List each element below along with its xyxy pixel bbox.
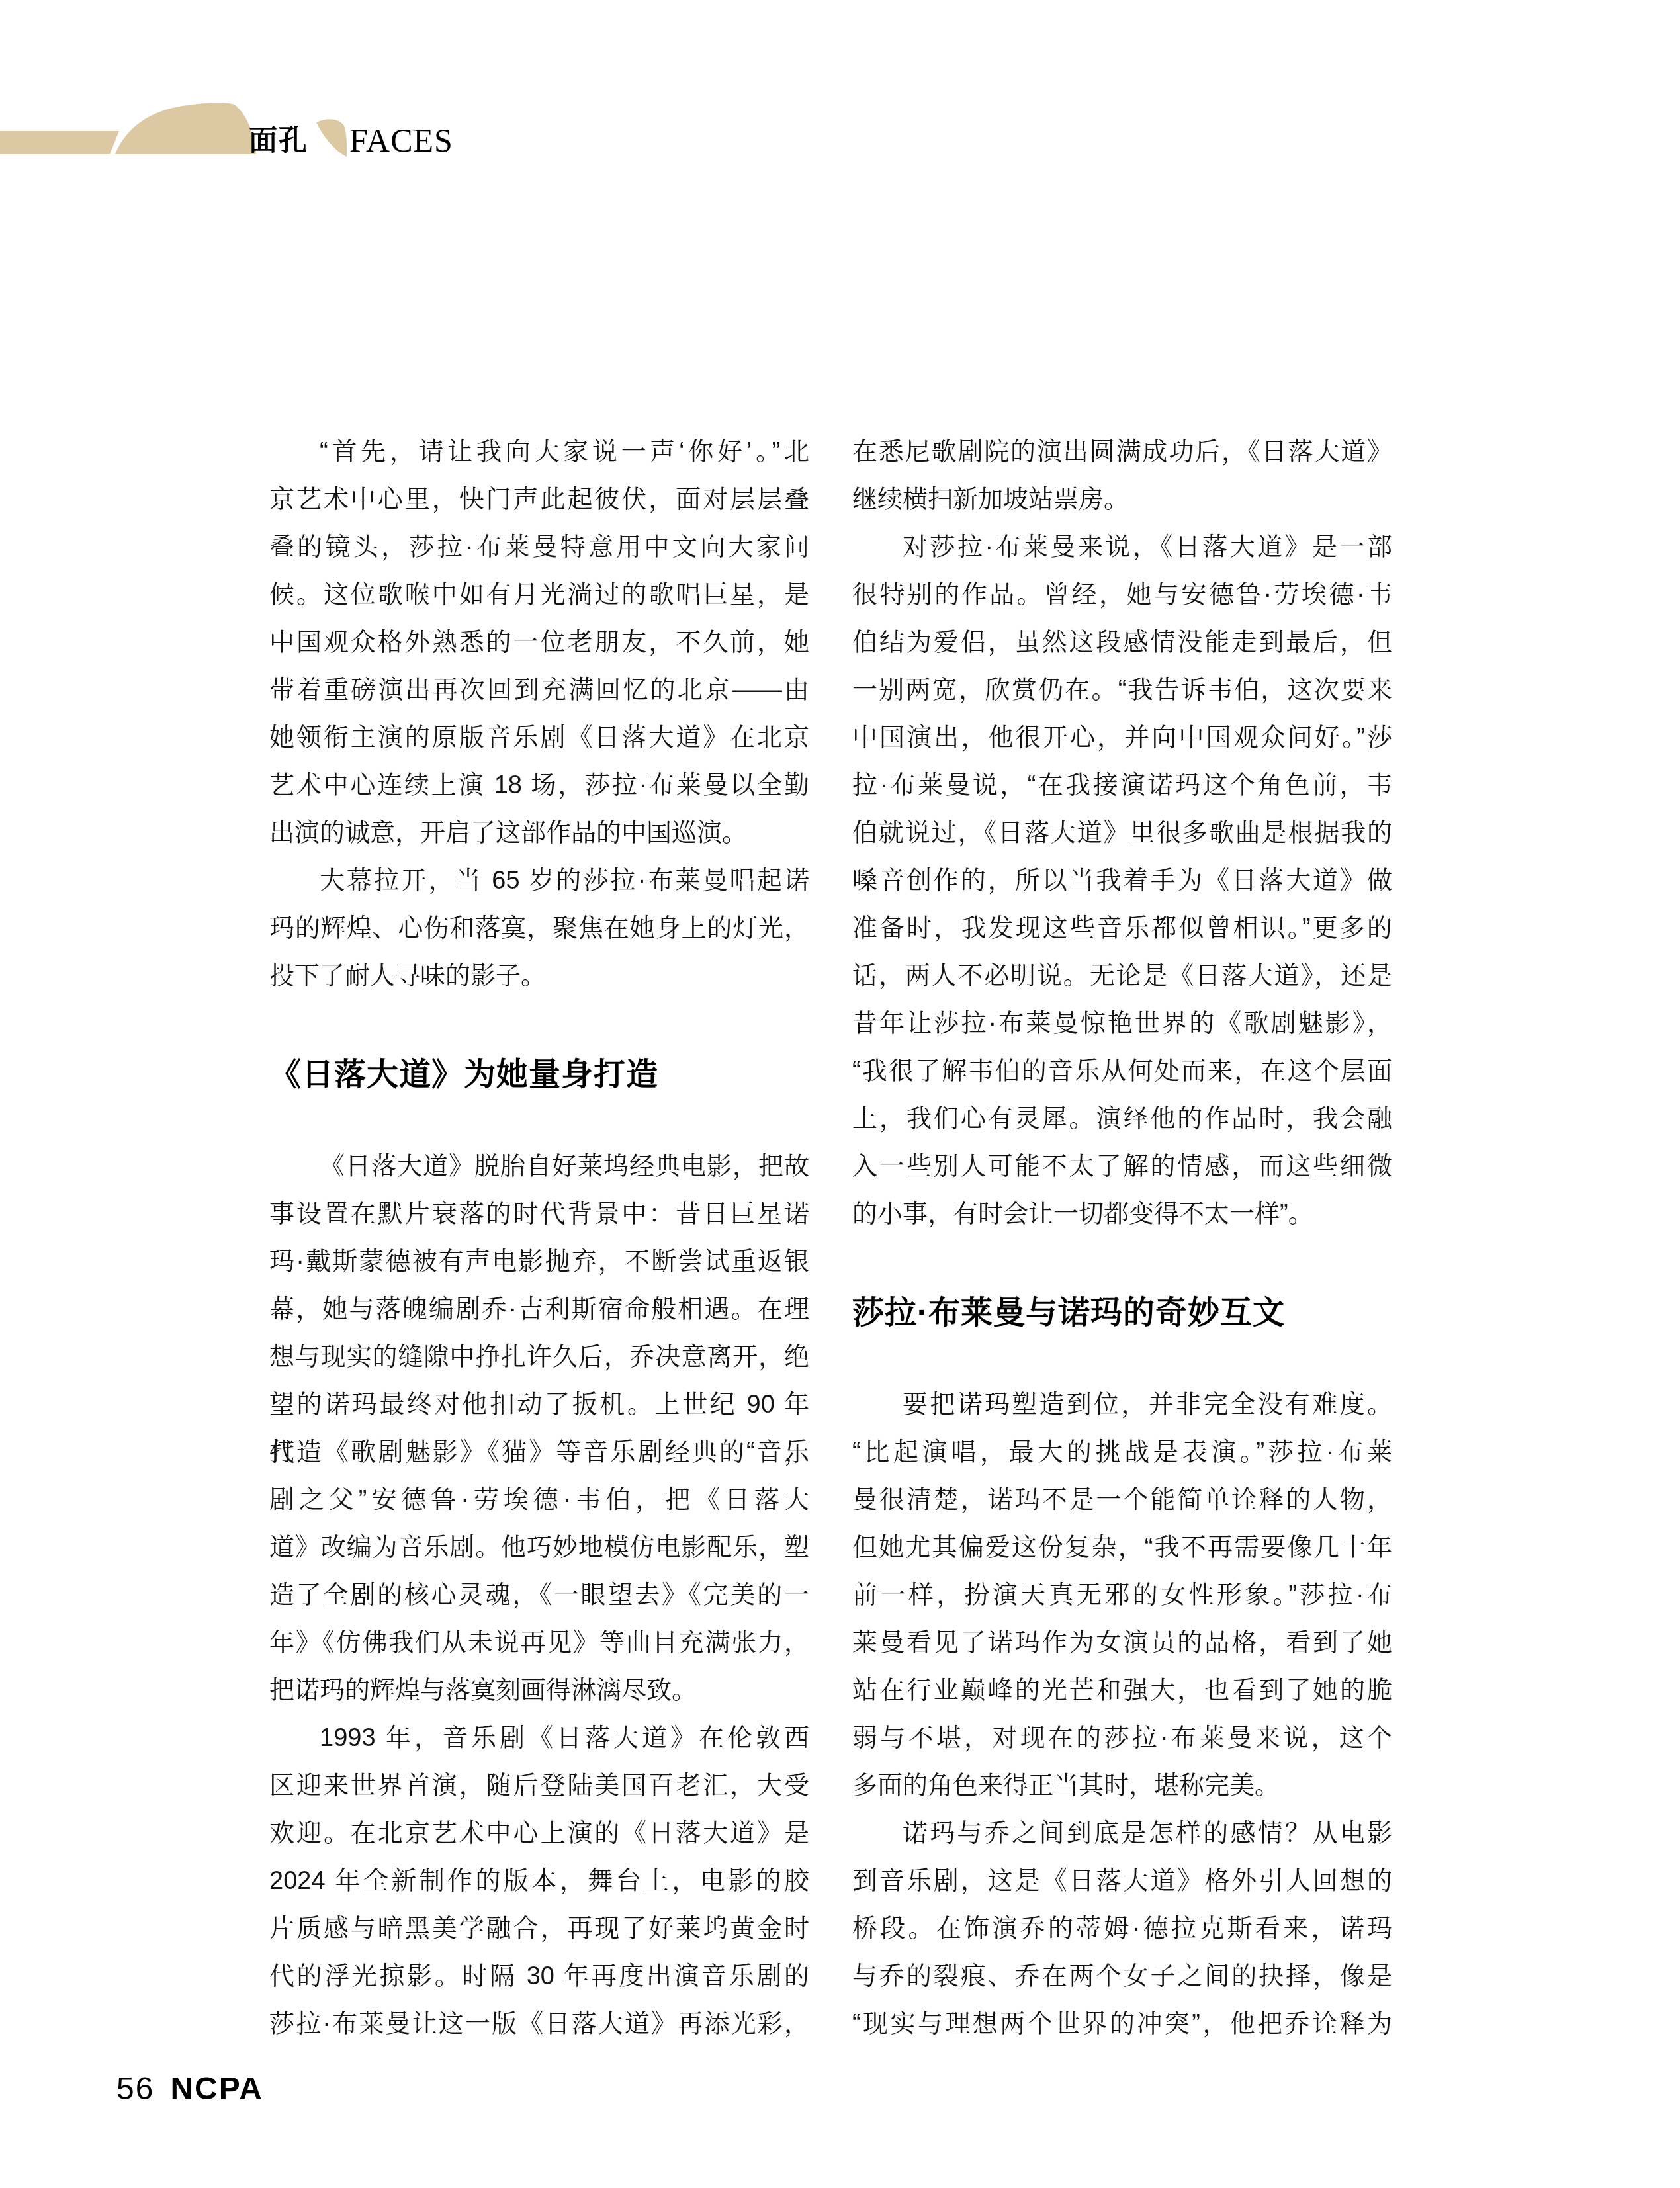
section-heading: 《日落大道》为她量身打造	[269, 1000, 809, 1143]
body-text-line: 玛·戴斯蒙德被有声电影抛弃，不断尝试重返银	[269, 1238, 809, 1286]
body-text-line: 继续横扫新加坡站票房。	[852, 476, 1392, 523]
body-text-line: 拉·布莱曼说，“在我接演诺玛这个角色前，韦	[852, 762, 1392, 809]
body-text-line: 一别两宽，欣赏仍在。“我告诉韦伯，这次要来	[852, 666, 1392, 714]
page-number: 56	[116, 2072, 154, 2107]
body-text-line: 造了全剧的核心灵魂，《一眼望去》《完美的一	[269, 1571, 809, 1619]
body-text-line: 昔年让莎拉·布莱曼惊艳世界的《歌剧魅影》，	[852, 1000, 1392, 1047]
body-text-line: 年》《仿佛我们从未说再见》等曲目充满张力，	[269, 1619, 809, 1667]
magazine-page: 面孔 FACES “首先，请让我向大家说一声‘你好’。”北京艺术中心里，快门声此…	[0, 0, 1680, 2188]
body-text-line: 她领衔主演的原版音乐剧《日落大道》在北京	[269, 714, 809, 762]
body-text-line: 幕，她与落魄编剧乔·吉利斯宿命般相遇。在理	[269, 1286, 809, 1333]
body-text-line: 嗓音创作的，所以当我着手为《日落大道》做	[852, 857, 1392, 904]
body-text-line: 莎拉·布莱曼让这一版《日落大道》再添光彩，	[269, 2000, 809, 2048]
body-text-line: 2024 年全新制作的版本，舞台上，电影的胶	[269, 1857, 809, 1905]
body-text-line: 诺玛与乔之间到底是怎样的感情？从电影	[852, 1810, 1392, 1857]
body-text-line: 代的浮光掠影。时隔 30 年再度出演音乐剧的	[269, 1952, 809, 2000]
header-dome-shape	[115, 103, 256, 154]
body-text-line: 1993 年，音乐剧《日落大道》在伦敦西	[269, 1714, 809, 1762]
body-text-line: 弱与不堪，对现在的莎拉·布莱曼来说，这个	[852, 1714, 1392, 1762]
page-footer: 56NCPA	[116, 2070, 263, 2109]
body-text-line: 望的诺玛最终对他扣动了扳机。上世纪 90 年代，	[269, 1381, 809, 1428]
body-text-line: 大幕拉开，当 65 岁的莎拉·布莱曼唱起诺	[269, 857, 809, 904]
body-text-line: 很特别的作品。曾经，她与安德鲁·劳埃德·韦	[852, 571, 1392, 619]
body-text-line: 想与现实的缝隙中挣扎许久后，乔决意离开，绝	[269, 1333, 809, 1381]
body-text-line: 玛的辉煌、心伤和落寞，聚焦在她身上的灯光，	[269, 904, 809, 952]
section-heading: 莎拉·布莱曼与诺玛的奇妙互文	[852, 1238, 1392, 1381]
body-text-line: 话，两人不必明说。无论是《日落大道》，还是	[852, 952, 1392, 1000]
body-text-line: 在悉尼歌剧院的演出圆满成功后，《日落大道》	[852, 428, 1392, 476]
body-text-line: “我很了解韦伯的音乐从何处而来，在这个层面	[852, 1047, 1392, 1095]
body-text-line: 莱曼看见了诺玛作为女演员的品格，看到了她	[852, 1619, 1392, 1667]
body-text-line: 中国演出，他很开心，并向中国观众问好。”莎	[852, 714, 1392, 762]
body-text-line: 伯结为爱侣，虽然这段感情没能走到最后，但	[852, 619, 1392, 666]
body-text-line: 中国观众格外熟悉的一位老朋友，不久前，她	[269, 619, 809, 666]
body-text-line: 候。这位歌喉中如有月光淌过的歌唱巨星，是	[269, 571, 809, 619]
body-text-line: “首先，请让我向大家说一声‘你好’。”北	[269, 428, 809, 476]
body-text-line: 准备时，我发现这些音乐都似曾相识。”更多的	[852, 904, 1392, 952]
body-text-line: 艺术中心连续上演 18 场，莎拉·布莱曼以全勤	[269, 762, 809, 809]
body-text-line: 对莎拉·布莱曼来说，《日落大道》是一部	[852, 523, 1392, 571]
body-text-line: 出演的诚意，开启了这部作品的中国巡演。	[269, 809, 809, 857]
body-text-line: 投下了耐人寻味的影子。	[269, 952, 809, 1000]
body-text-line: 片质感与暗黑美学融合，再现了好莱坞黄金时	[269, 1905, 809, 1952]
body-text-line: 桥段。在饰演乔的蒂姆·德拉克斯看来，诺玛	[852, 1905, 1392, 1952]
body-text-line: 的小事，有时会让一切都变得不太一样”。	[852, 1190, 1392, 1238]
body-text-line: 带着重磅演出再次回到充满回忆的北京——由	[269, 666, 809, 714]
body-text-line: 剧之父”安德鲁·劳埃德·韦伯，把《日落大	[269, 1476, 809, 1524]
header-bar-shape	[0, 131, 119, 154]
magazine-name: NCPA	[170, 2072, 263, 2107]
section-title-zh: 面孔	[249, 124, 308, 157]
body-text-line: 入一些别人可能不太了解的情感，而这些细微	[852, 1143, 1392, 1190]
header-tail-shape	[316, 119, 347, 157]
body-text-line: 多面的角色来得正当其时，堪称完美。	[852, 1762, 1392, 1810]
body-text-line: 事设置在默片衰落的时代背景中：昔日巨星诺	[269, 1190, 809, 1238]
body-text-line: 打造《歌剧魅影》《猫》等音乐剧经典的“音乐	[269, 1428, 809, 1476]
article-column-right: 在悉尼歌剧院的演出圆满成功后，《日落大道》继续横扫新加坡站票房。对莎拉·布莱曼来…	[852, 428, 1392, 2048]
body-text-line: 上，我们心有灵犀。演绎他的作品时，我会融	[852, 1095, 1392, 1143]
body-text-line: 道》改编为音乐剧。他巧妙地模仿电影配乐，塑	[269, 1524, 809, 1571]
body-text-line: 曼很清楚，诺玛不是一个能简单诠释的人物，	[852, 1476, 1392, 1524]
body-text-line: 前一样，扮演天真无邪的女性形象。”莎拉·布	[852, 1571, 1392, 1619]
body-text-line: 京艺术中心里，快门声此起彼伏，面对层层叠	[269, 476, 809, 523]
body-text-line: 站在行业巅峰的光芒和强大，也看到了她的脆	[852, 1667, 1392, 1714]
body-text-line: “现实与理想两个世界的冲突”，他把乔诠释为	[852, 2000, 1392, 2048]
body-text-line: 区迎来世界首演，随后登陆美国百老汇，大受	[269, 1762, 809, 1810]
body-text-line: 到音乐剧，这是《日落大道》格外引人回想的	[852, 1857, 1392, 1905]
body-text-line: 但她尤其偏爱这份复杂，“我不再需要像几十年	[852, 1524, 1392, 1571]
body-text-line: 欢迎。在北京艺术中心上演的《日落大道》是	[269, 1810, 809, 1857]
body-text-line: 把诺玛的辉煌与落寞刻画得淋漓尽致。	[269, 1667, 809, 1714]
article-column-left: “首先，请让我向大家说一声‘你好’。”北京艺术中心里，快门声此起彼伏，面对层层叠…	[269, 428, 809, 2048]
body-text-line: 与乔的裂痕、乔在两个女子之间的抉择，像是	[852, 1952, 1392, 2000]
body-text-line: 叠的镜头，莎拉·布莱曼特意用中文向大家问	[269, 523, 809, 571]
body-text-line: 伯就说过，《日落大道》里很多歌曲是根据我的	[852, 809, 1392, 857]
body-text-line: 《日落大道》脱胎自好莱坞经典电影，把故	[269, 1143, 809, 1190]
body-text-line: 要把诺玛塑造到位，并非完全没有难度。	[852, 1381, 1392, 1428]
section-title-en: FACES	[349, 123, 453, 157]
body-text-line: “比起演唱，最大的挑战是表演。”莎拉·布莱	[852, 1428, 1392, 1476]
